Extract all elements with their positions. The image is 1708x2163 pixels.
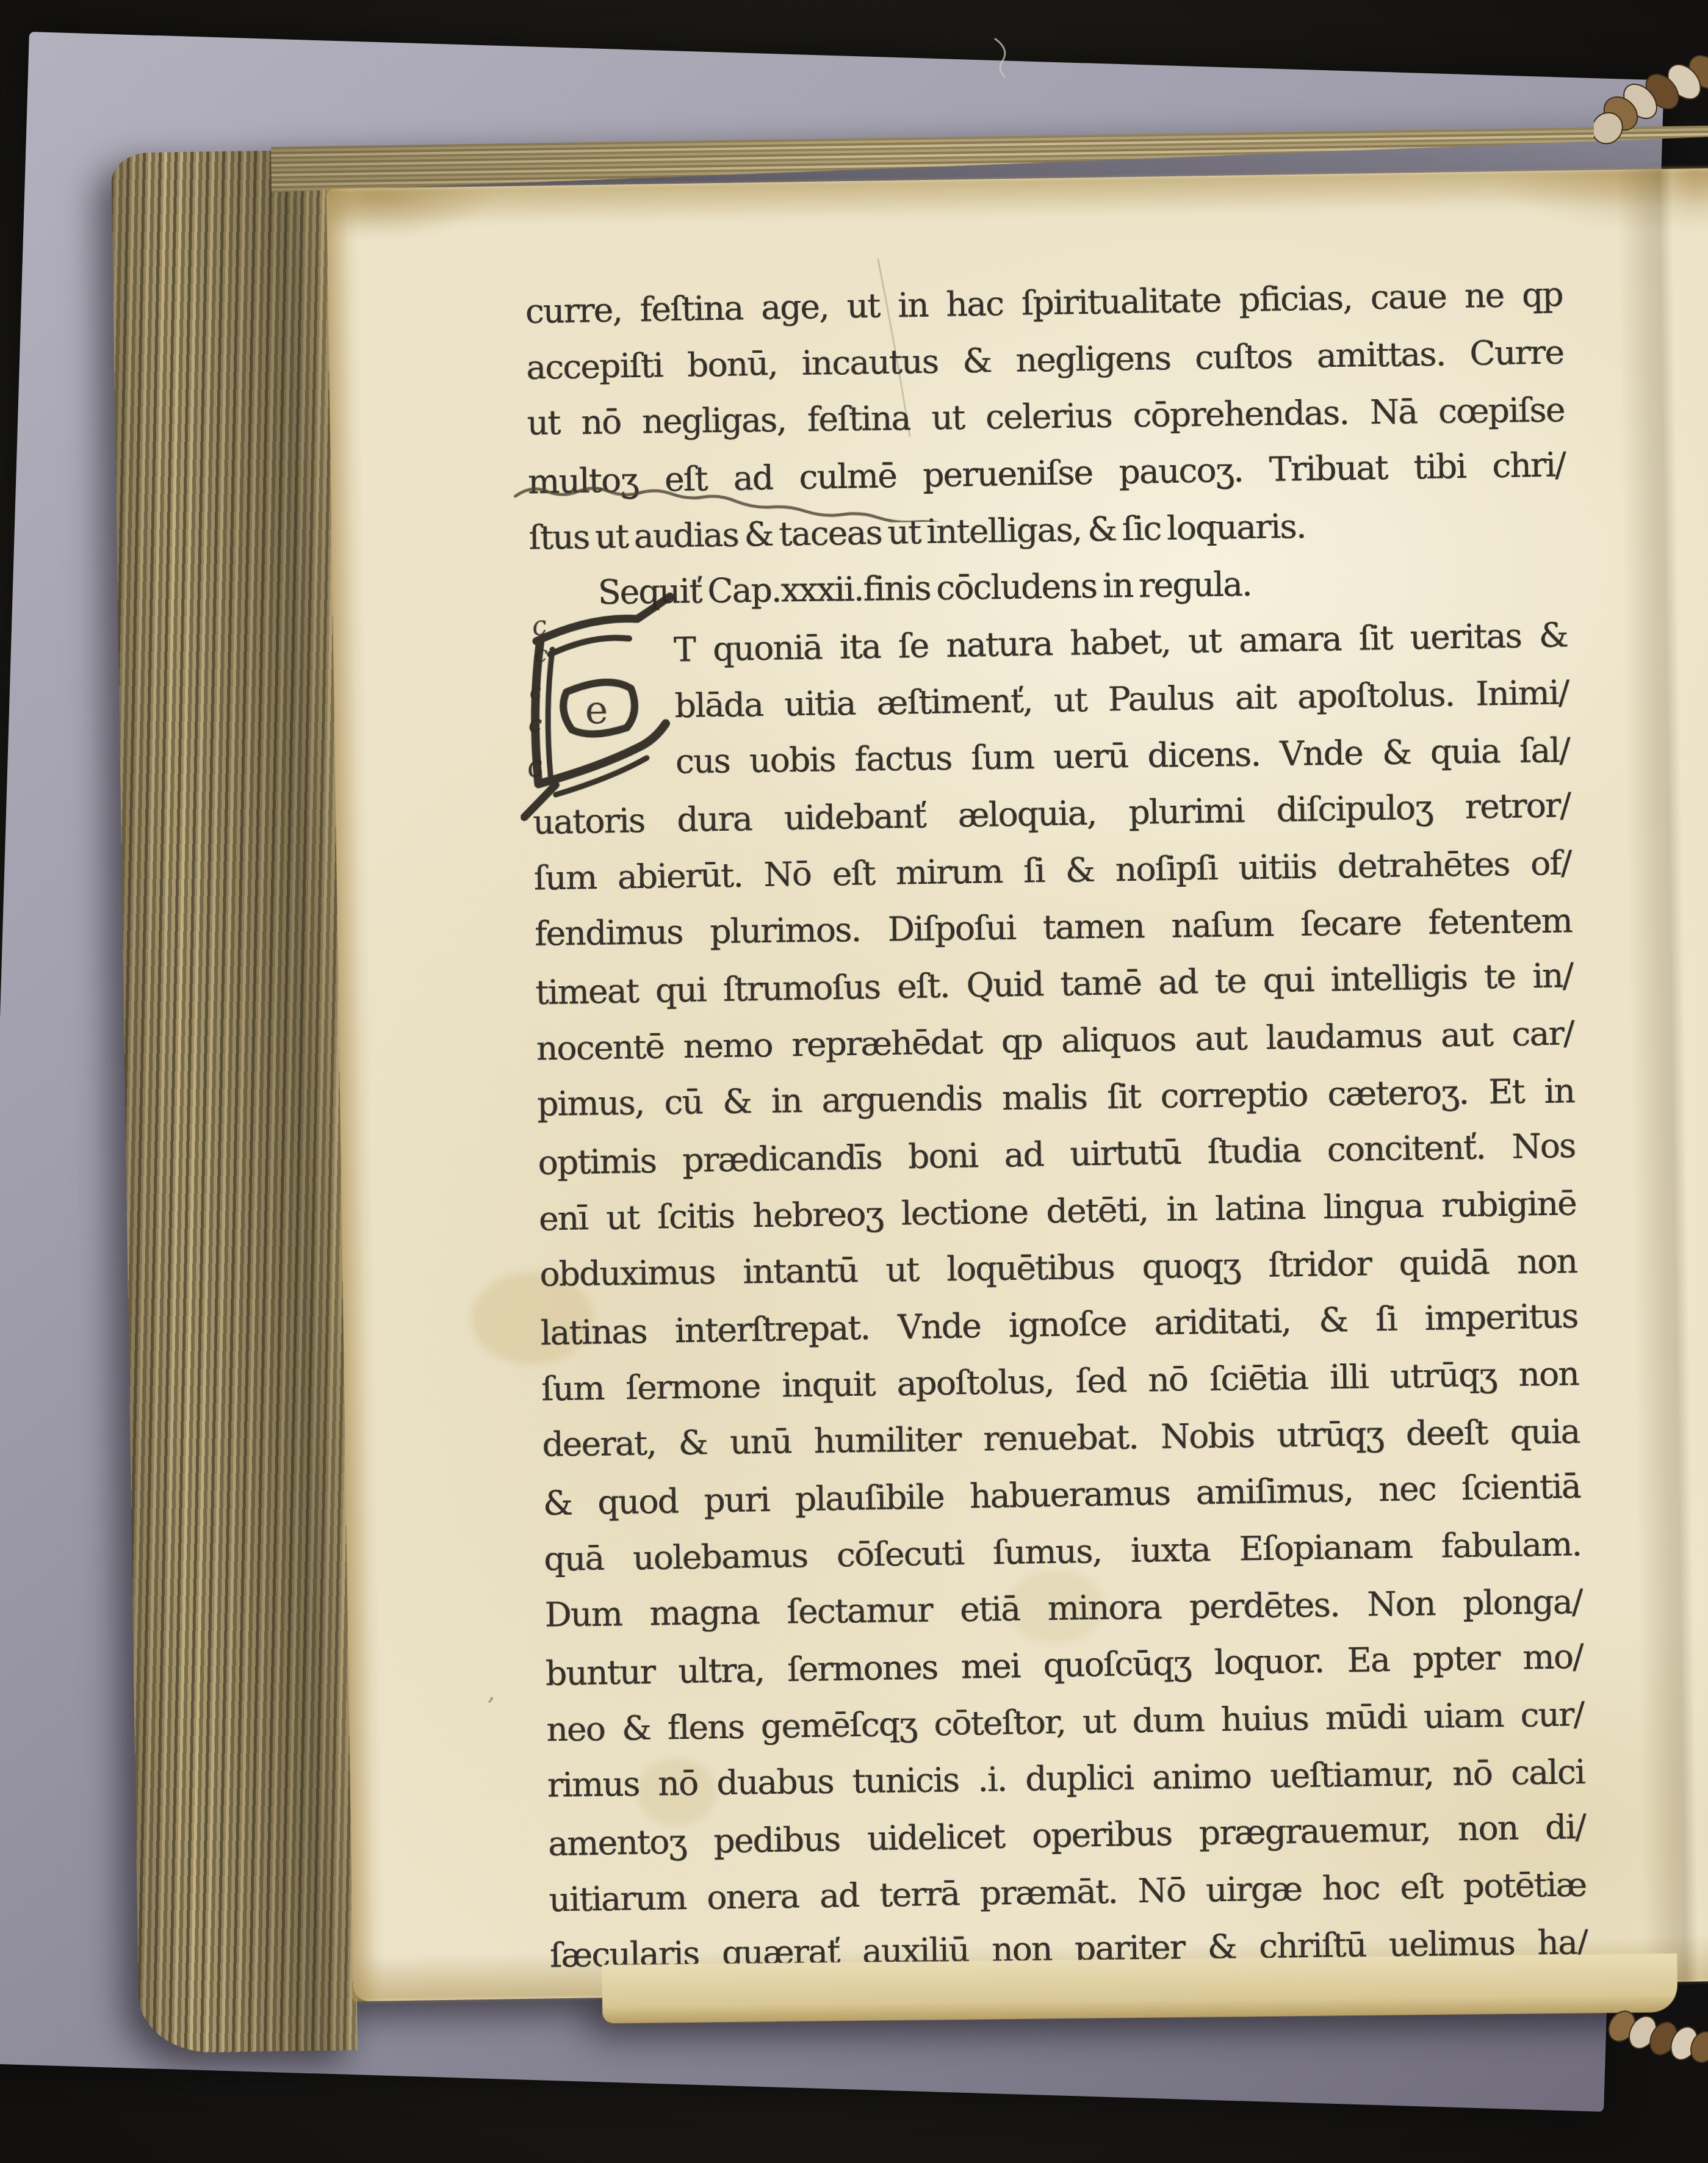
right-fold-crease [1617,168,1708,1982]
ink-underline-annotation [509,461,1199,528]
book: curre, feſtina age, ut in hac ſpirituali… [111,126,1708,2057]
page: curre, feſtina age, ut in hac ſpirituali… [326,168,1708,2002]
drop-cap-guide-letter: e [585,688,608,734]
page-stack-fore-edge [111,150,358,2053]
margin-stray-mark: ʼ [481,1692,495,1722]
endband-cord-top [1594,50,1708,154]
lint-hair [976,34,1031,82]
guide-mark: c [528,681,542,704]
photo-stage: curre, feſtina age, ut in hac ſpirituali… [0,0,1708,2163]
guide-mark: c [534,642,548,666]
underlying-leaf-edge [602,1954,1677,2023]
guide-mark: c [528,712,542,736]
endband-cord-bottom [1604,1995,1708,2092]
top-left-stain [326,185,584,262]
